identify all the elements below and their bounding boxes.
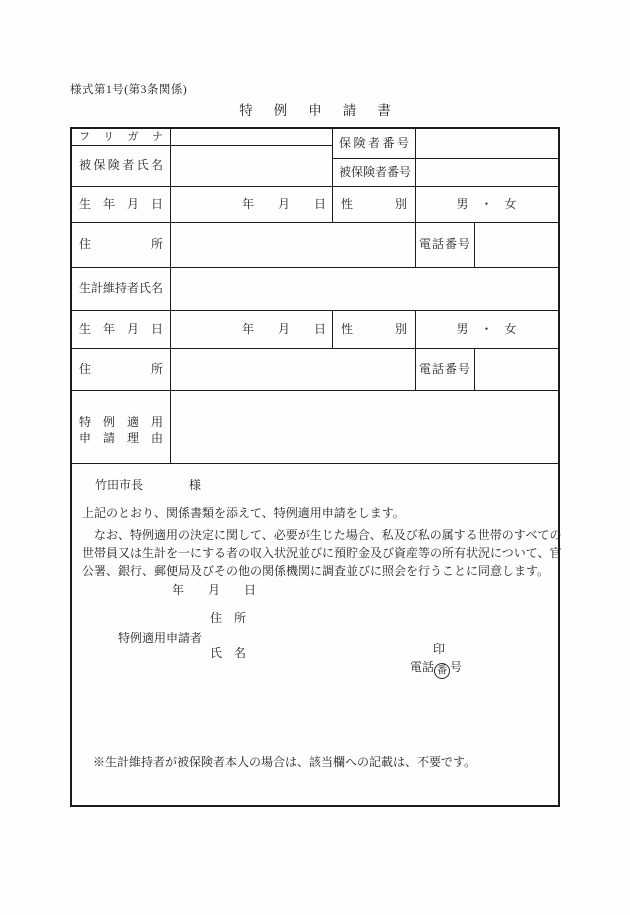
application-form-table: フリガナ 被保険者氏名 保険者番号 被保険者番号 生年月日 年 月 日 性別 男…	[70, 127, 560, 807]
maintainer-phone-value-cell	[475, 348, 558, 390]
insured-address-label: 住所	[79, 222, 163, 267]
insured-sex-label: 性別	[341, 186, 407, 222]
document-title: 特例申請書	[0, 99, 630, 119]
reason-value-cell	[171, 390, 558, 463]
addressee: 竹田市長	[95, 478, 143, 492]
consent-line: なお、特例適用の決定に関して、必要が生じた場合、私及び私の属する世帯のすべての	[82, 526, 558, 544]
maintainer-address-value-cell	[171, 348, 415, 390]
insured-sex-options: 男 ・ 女	[415, 186, 558, 222]
addressee-honorific: 様	[189, 478, 201, 492]
circled-character: 番	[434, 663, 450, 679]
applicant-phone-label: 電話番号	[410, 659, 462, 679]
applicant-name-label: 氏 名	[210, 644, 246, 662]
document-page: 様式第1号(第3条関係) 特例申請書 フリガナ 被保険者氏名 保険者番号 被保険…	[0, 0, 630, 915]
reason-label-line1: 特例適用	[79, 414, 163, 430]
insured-phone-label: 電話番号	[419, 222, 470, 267]
reason-label-line2: 申請理由	[79, 430, 163, 446]
applicant-label: 特例適用申請者	[118, 629, 202, 647]
maintainer-phone-label: 電話番号	[419, 348, 470, 390]
maintainer-sex-options: 男 ・ 女	[415, 310, 558, 348]
reason-label: 特例適用 申請理由	[79, 414, 163, 446]
seal-mark: 印	[433, 641, 445, 657]
application-date-line: 年 月 日	[172, 581, 256, 599]
consent-paragraph: なお、特例適用の決定に関して、必要が生じた場合、私及び私の属する世帯のすべての …	[82, 526, 558, 580]
furigana-value-cell	[171, 129, 332, 145]
insured-name-label: 被保険者氏名	[79, 145, 163, 186]
consent-line: 公署、銀行、郵便局及びその他の関係機関に調査並びに照会を行うことに同意します。	[82, 562, 558, 580]
addressee-line: 竹田市長様	[95, 477, 201, 493]
insured-phone-value-cell	[475, 222, 558, 267]
maintainer-birthdate-placeholder: 年 月 日	[170, 310, 326, 348]
insurer-number-value-cell	[416, 129, 558, 158]
phone-label-suffix: 号	[450, 660, 462, 674]
maintainer-name-label: 生計維持者氏名	[79, 267, 163, 310]
insured-address-value-cell	[171, 222, 415, 267]
insured-birthdate-label: 生年月日	[79, 186, 163, 222]
section-divider	[72, 463, 558, 464]
consent-line: 世帯員又は生計を一にする者の収入状況並びに預貯金及び資産等の所有状況について、官	[82, 544, 558, 562]
maintainer-birthdate-label: 生年月日	[79, 310, 163, 348]
declaration-statement: 上記のとおり、関係書類を添えて、特例適用申請をします。	[82, 504, 558, 522]
insured-number-label: 被保険者番号	[339, 158, 409, 186]
furigana-label: フリガナ	[79, 129, 163, 145]
maintainer-address-label: 住所	[79, 348, 163, 390]
phone-label-prefix: 電話	[410, 660, 434, 674]
applicant-address-label: 住 所	[210, 609, 246, 627]
insured-number-value-cell	[416, 158, 558, 186]
column-divider	[332, 129, 333, 222]
maintainer-name-value-cell	[171, 267, 558, 310]
insured-name-value-cell	[171, 145, 332, 186]
footnote: ※生計維持者が被保険者本人の場合は、該当欄への記載は、不要です。	[93, 753, 476, 771]
insurer-number-label: 保険者番号	[339, 129, 409, 158]
maintainer-sex-label: 性別	[341, 310, 407, 348]
column-divider	[332, 310, 333, 348]
insured-birthdate-placeholder: 年 月 日	[170, 186, 326, 222]
form-number: 様式第1号(第3条関係)	[70, 81, 187, 97]
